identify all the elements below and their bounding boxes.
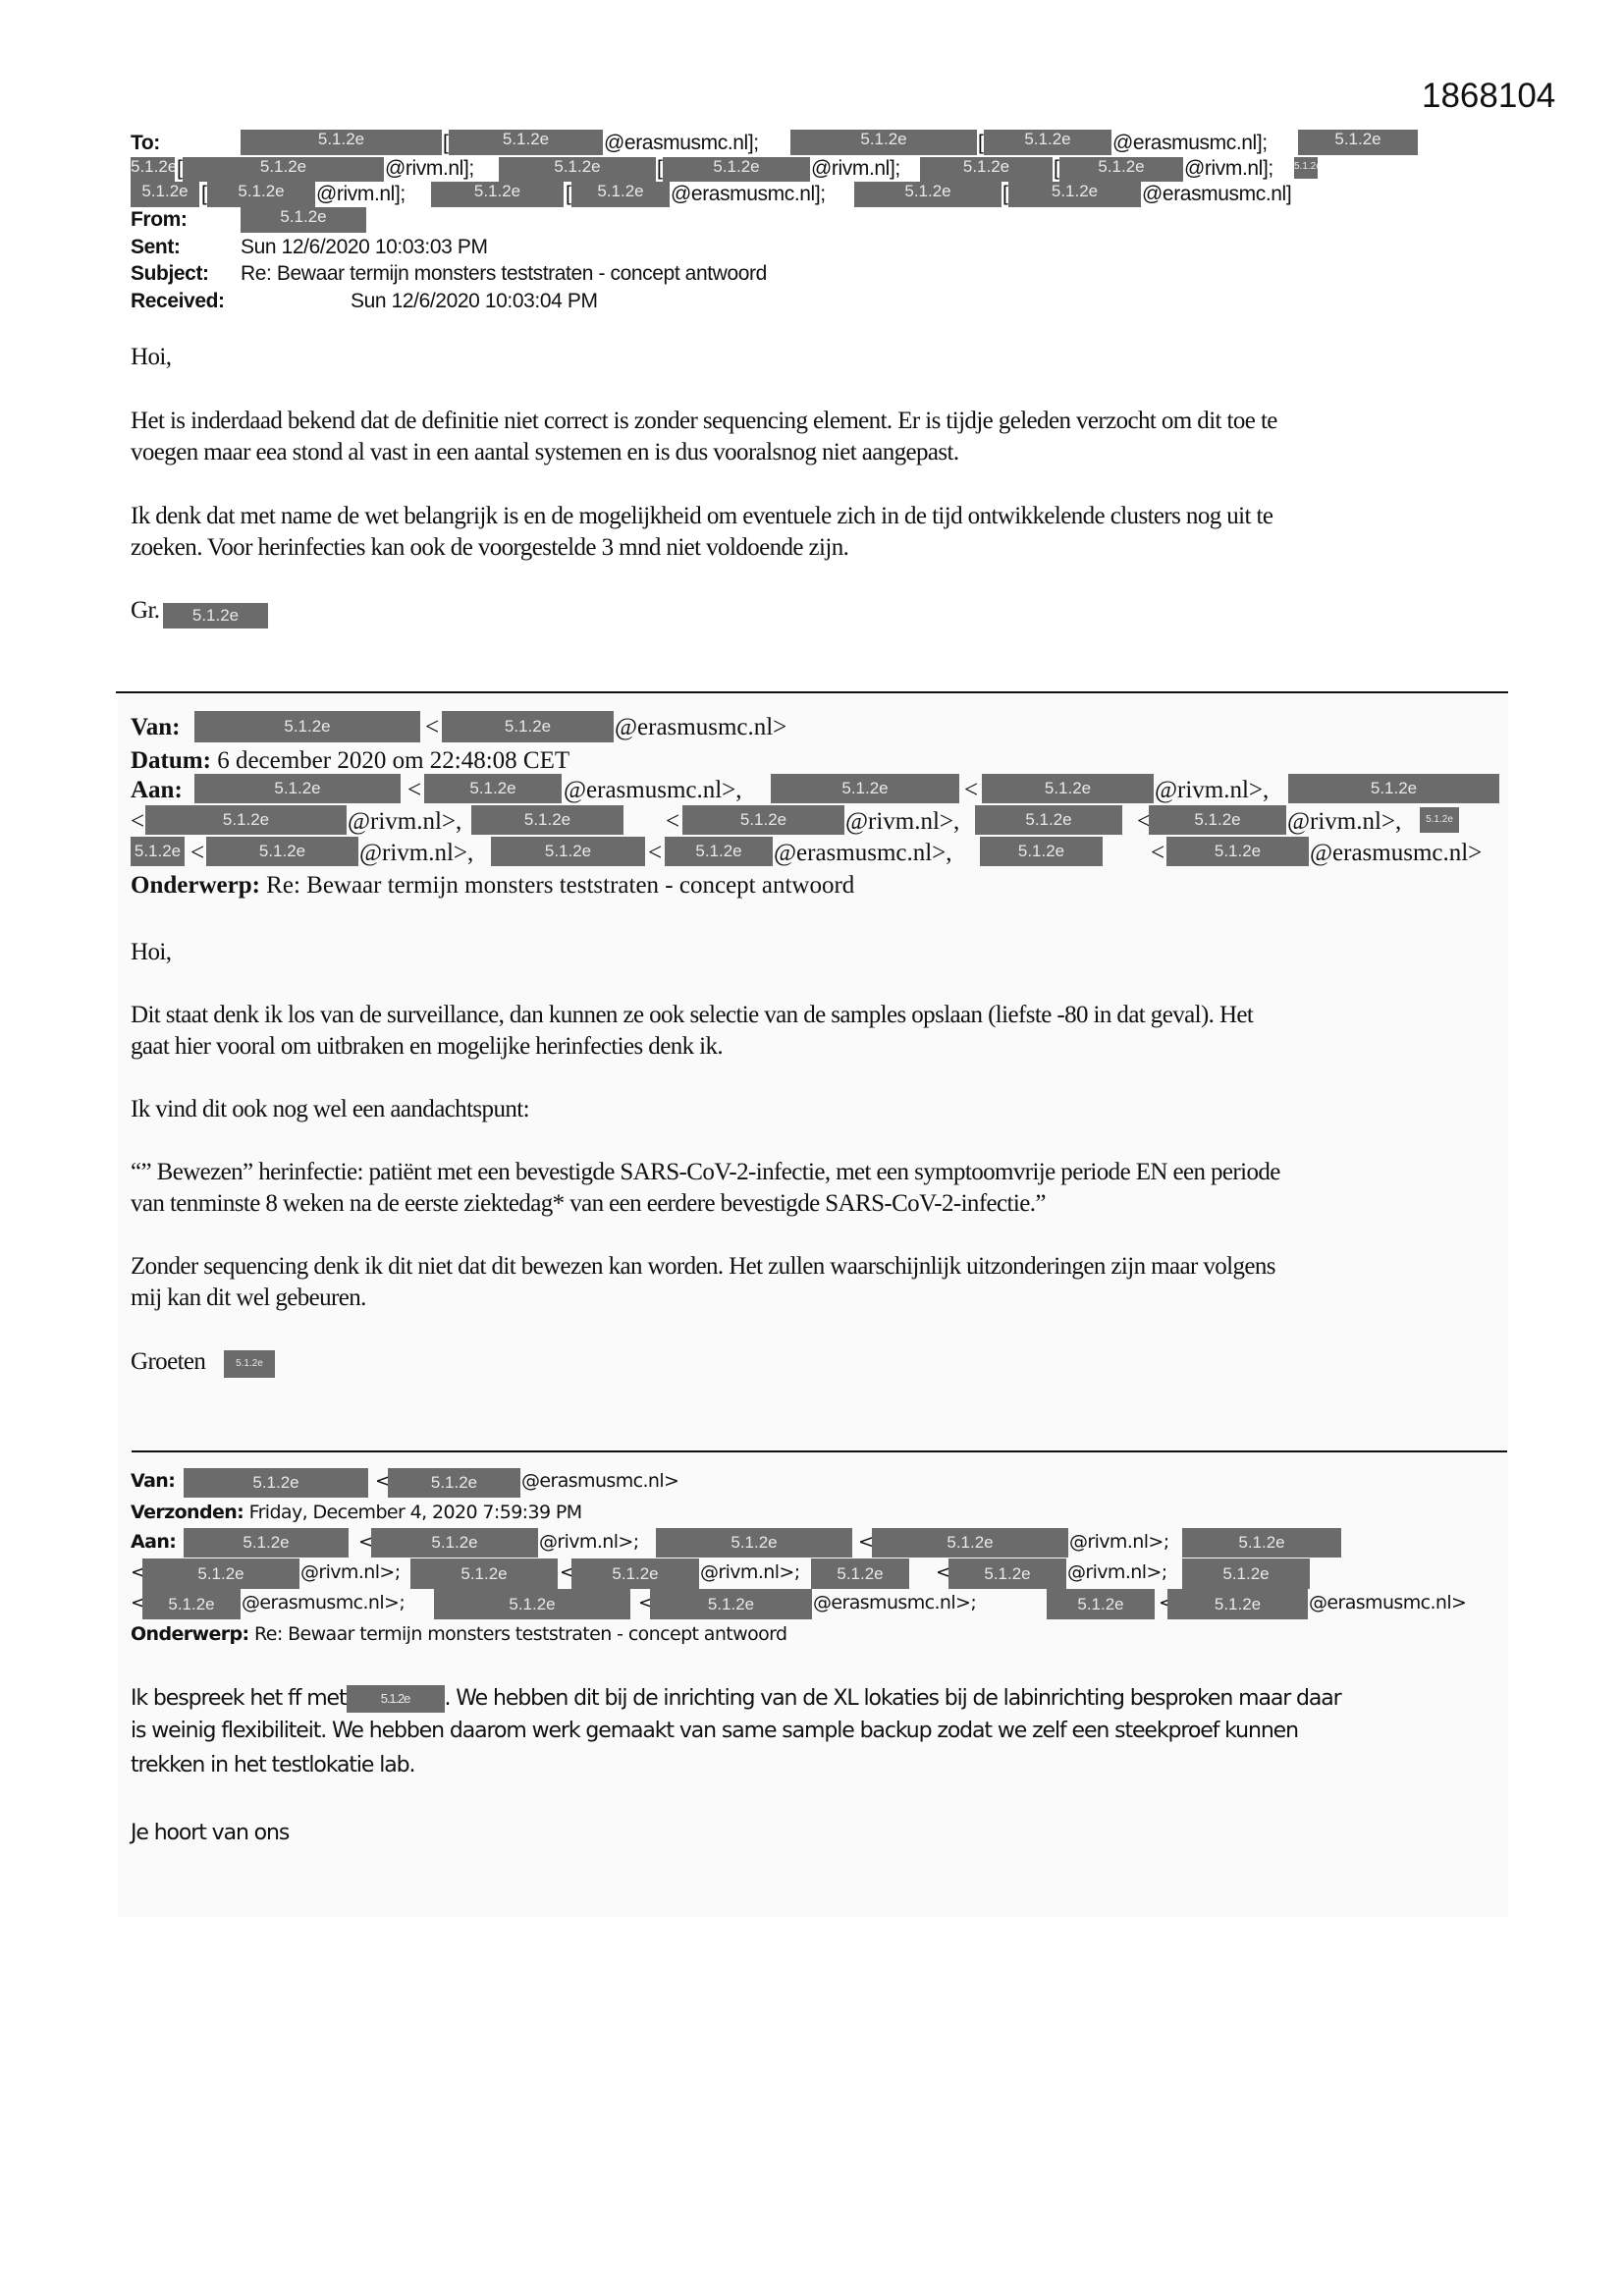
to-domain: @rivm.nl>; — [539, 1531, 639, 1553]
redaction: 5.1.2e — [948, 1558, 1066, 1589]
redaction: 5.1.2e — [1166, 837, 1309, 866]
date-value: 6 december 2020 om 22:48:08 CET — [217, 747, 569, 774]
to-domain: @erasmusmc.nl>, — [774, 840, 952, 867]
redaction: 5.1.2e — [1182, 1558, 1310, 1589]
redaction: 5.1.2e — [347, 1685, 445, 1713]
paragraph-line: “” Bewezen” herinfectie: patiënt met een… — [131, 1159, 1280, 1186]
to-label: Aan: — [131, 777, 183, 803]
to-domain: @rivm.nl]; — [385, 157, 474, 181]
redaction: 5.1.2e — [982, 774, 1154, 803]
document-id: 1868104 — [1422, 77, 1555, 116]
from-domain: @erasmusmc.nl> — [521, 1470, 678, 1492]
received-label: Received: — [131, 290, 225, 312]
paragraph-line: voegen maar eea stond al vast in een aan… — [131, 439, 959, 466]
redaction: 5.1.2e — [131, 182, 199, 207]
redaction: 5.1.2e — [571, 182, 670, 207]
to-domain: @rivm.nl>; — [1069, 1531, 1169, 1553]
from-label: From: — [131, 208, 188, 231]
redaction: 5.1.2e — [410, 1558, 558, 1589]
redaction: 5.1.2e — [206, 837, 358, 866]
greeting: Hoi, — [131, 344, 171, 371]
closing: Je hoort van ons — [131, 1821, 289, 1845]
redaction: 5.1.2e — [790, 130, 977, 155]
redaction: 5.1.2e — [1047, 1589, 1155, 1619]
to-domain: @rivm.nl>, — [1287, 808, 1401, 836]
to-domain: @erasmusmc.nl]; — [604, 132, 759, 155]
redaction: 5.1.2e — [241, 130, 442, 155]
redaction: 5.1.2e — [431, 182, 564, 207]
to-domain: @rivm.nl]; — [1184, 157, 1273, 181]
subject-value: Re: Bewaar termijn monsters teststraten … — [241, 262, 767, 286]
redaction: 5.1.2e — [371, 1528, 538, 1558]
to-domain: @rivm.nl>, — [359, 840, 473, 867]
redaction: 5.1.2e — [1059, 157, 1183, 182]
redaction: 5.1.2e — [1420, 807, 1459, 833]
redaction: 5.1.2e — [980, 837, 1103, 866]
redaction: 5.1.2e — [650, 1589, 812, 1619]
redaction: 5.1.2e — [1298, 130, 1418, 155]
greeting: Hoi, — [131, 939, 171, 966]
paragraph-line: is weinig flexibiliteit. We hebben daaro… — [131, 1719, 1298, 1743]
redaction: 5.1.2e — [131, 837, 185, 866]
redaction: 5.1.2e — [665, 837, 773, 866]
to-domain: @erasmusmc.nl]; — [1112, 132, 1268, 155]
redaction: 5.1.2e — [207, 182, 315, 207]
signoff: Groeten — [131, 1348, 205, 1376]
redaction: 5.1.2e — [142, 1589, 241, 1619]
to-domain: @rivm.nl>, — [348, 808, 461, 836]
redaction: 5.1.2e — [449, 130, 603, 155]
redaction: 5.1.2e — [854, 182, 1001, 207]
subject-label: Subject: — [131, 262, 209, 285]
to-domain: @erasmusmc.nl>, — [564, 777, 742, 804]
sent-value: Friday, December 4, 2020 7:59:39 PM — [249, 1502, 582, 1523]
paragraph-line: Ik denk dat met name de wet belangrijk i… — [131, 503, 1272, 530]
redaction: 5.1.2e — [682, 805, 844, 835]
to-domain: @erasmusmc.nl] — [1142, 183, 1291, 206]
redaction: 5.1.2e — [145, 805, 347, 835]
redaction: 5.1.2e — [131, 157, 175, 182]
paragraph-line: van tenminste 8 weken na de eerste ziekt… — [131, 1190, 1046, 1218]
to-label: To: — [131, 132, 160, 155]
to-domain: @erasmusmc.nl]; — [671, 183, 826, 206]
paragraph-line: zoeken. Voor herinfecties kan ook de voo… — [131, 534, 848, 562]
date-label: Datum: — [131, 747, 211, 774]
paragraph-line: gaat hier vooral om uitbraken en mogelij… — [131, 1033, 723, 1061]
redaction: 5.1.2e — [975, 805, 1122, 835]
redaction: 5.1.2e — [1294, 157, 1318, 179]
redaction: 5.1.2e — [1167, 1589, 1308, 1619]
from-label: Van: — [131, 714, 181, 740]
subject-label: Onderwerp: — [131, 1623, 249, 1645]
to-domain: @rivm.nl>; — [1067, 1561, 1167, 1583]
to-domain: @rivm.nl>; — [700, 1561, 800, 1583]
redaction: 5.1.2e — [1149, 805, 1286, 835]
separator — [132, 1450, 1507, 1452]
to-domain: @rivm.nl>, — [1155, 777, 1269, 804]
separator — [116, 691, 1508, 693]
redaction: 5.1.2e — [1288, 774, 1499, 803]
subject-label: Onderwerp: — [131, 872, 260, 899]
subject-value: Re: Bewaar termijn monsters teststraten … — [254, 1623, 786, 1645]
redaction: 5.1.2e — [1008, 182, 1141, 207]
paragraph-line: Het is inderdaad bekend dat de definitie… — [131, 408, 1277, 435]
redaction: 5.1.2e — [184, 1468, 368, 1498]
redaction: 5.1.2e — [984, 130, 1111, 155]
redaction: 5.1.2e — [183, 157, 384, 182]
redaction: 5.1.2e — [656, 1528, 852, 1558]
to-domain: @erasmusmc.nl> — [1310, 840, 1482, 867]
paragraph-line: mij kan dit wel gebeuren. — [131, 1285, 366, 1312]
redaction: 5.1.2e — [241, 207, 366, 233]
to-label: Aan: — [131, 1531, 176, 1553]
redaction: 5.1.2e — [1182, 1528, 1341, 1558]
to-domain: @rivm.nl>, — [845, 808, 959, 836]
redaction: 5.1.2e — [194, 774, 401, 803]
to-domain: @erasmusmc.nl> — [1309, 1592, 1466, 1613]
sent-label: Sent: — [131, 236, 181, 258]
redaction: 5.1.2e — [163, 603, 268, 629]
redaction: 5.1.2e — [571, 1558, 699, 1589]
redaction: 5.1.2e — [434, 1589, 630, 1619]
sent-label: Verzonden: — [131, 1502, 244, 1523]
paragraph-line: Dit staat denk ik los van de surveillanc… — [131, 1002, 1253, 1029]
redaction: 5.1.2e — [811, 1558, 909, 1589]
paragraph-line: trekken in het testlokatie lab. — [131, 1753, 414, 1777]
to-domain: @erasmusmc.nl>; — [813, 1592, 976, 1613]
redaction: 5.1.2e — [388, 1468, 520, 1498]
paragraph-line: Zonder sequencing denk ik dit niet dat d… — [131, 1253, 1275, 1281]
received-value: Sun 12/6/2020 10:03:04 PM — [351, 290, 598, 313]
to-domain: @rivm.nl>; — [300, 1561, 401, 1583]
redaction: 5.1.2e — [471, 805, 623, 835]
redaction: 5.1.2e — [872, 1528, 1068, 1558]
to-domain: @rivm.nl]; — [811, 157, 900, 181]
from-domain: @erasmusmc.nl> — [615, 714, 786, 741]
redaction: 5.1.2e — [499, 157, 656, 182]
paragraph-line: Ik bespreek het ff met — [131, 1686, 347, 1711]
redaction: 5.1.2e — [142, 1558, 299, 1589]
redaction: 5.1.2e — [224, 1350, 275, 1378]
redaction: 5.1.2e — [442, 711, 614, 742]
redaction: 5.1.2e — [184, 1528, 349, 1558]
signoff: Gr. — [131, 597, 159, 625]
sent-value: Sun 12/6/2020 10:03:03 PM — [241, 236, 488, 259]
paragraph-line: . We hebben dit bij de inrichting van de… — [445, 1686, 1341, 1711]
from-label: Van: — [131, 1470, 175, 1492]
redaction: 5.1.2e — [194, 711, 420, 742]
to-domain: @erasmusmc.nl>; — [242, 1592, 405, 1613]
redaction: 5.1.2e — [491, 837, 645, 866]
redaction: 5.1.2e — [920, 157, 1053, 182]
paragraph-line: Ik vind dit ook nog wel een aandachtspun… — [131, 1096, 529, 1123]
redaction: 5.1.2e — [771, 774, 959, 803]
redaction: 5.1.2e — [663, 157, 810, 182]
subject-value: Re: Bewaar termijn monsters teststraten … — [266, 872, 854, 899]
redaction: 5.1.2e — [424, 774, 562, 803]
